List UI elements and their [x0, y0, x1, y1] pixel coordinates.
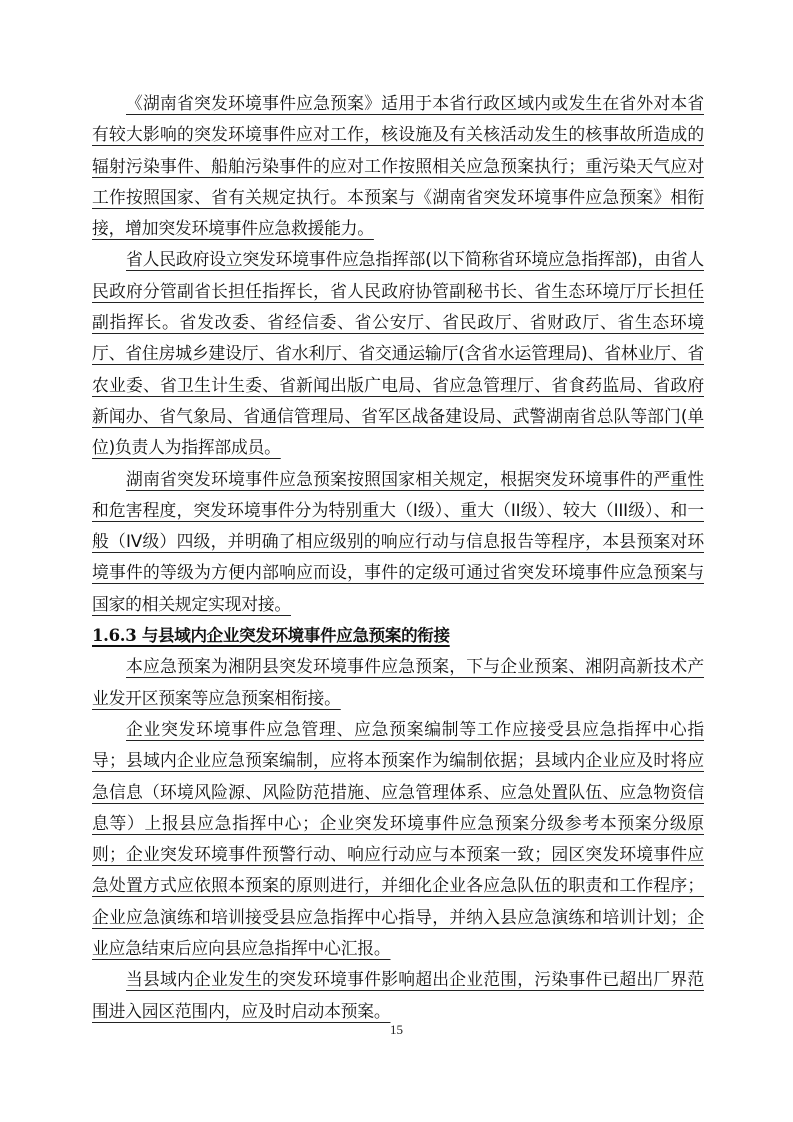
paragraph-text: 本应急预案为湘阴县突发环境事件应急预案，下与企业预案、湘阴高新技术产业发开区预案…	[92, 656, 704, 707]
paragraph-text: 省人民政府设立突发环境事件应急指挥部(以下简称省环境应急指挥部)，由省人民政府分…	[92, 249, 704, 457]
heading-text: 1.6.3 与县域内企业突发环境事件应急预案的衔接	[92, 626, 450, 645]
paragraph-event-levels: 湖南省突发环境事件应急预案按照国家相关规定，根据突发环境事件的严重性和危害程度，…	[92, 464, 704, 620]
paragraph-text: 湖南省突发环境事件应急预案按照国家相关规定，根据突发环境事件的严重性和危害程度，…	[92, 469, 704, 614]
paragraph-plan-linkage: 本应急预案为湘阴县突发环境事件应急预案，下与企业预案、湘阴高新技术产业发开区预案…	[92, 651, 704, 714]
document-page: 《湖南省突发环境事件应急预案》适用于本省行政区域内或发生在省外对本省有较大影响的…	[0, 0, 793, 1122]
paragraph-text: 企业突发环境事件应急管理、应急预案编制等工作应接受县应急指挥中心指导；县域内企业…	[92, 719, 704, 958]
paragraph-activation-condition: 当县域内企业发生的突发环境事件影响超出企业范围，污染事件已超出厂界范围进入园区范…	[92, 964, 704, 1027]
paragraph-command-structure: 省人民政府设立突发环境事件应急指挥部(以下简称省环境应急指挥部)，由省人民政府分…	[92, 244, 704, 463]
paragraph-enterprise-guidance: 企业突发环境事件应急管理、应急预案编制等工作应接受县应急指挥中心指导；县域内企业…	[92, 714, 704, 964]
paragraph-hunan-plan-scope: 《湖南省突发环境事件应急预案》适用于本省行政区域内或发生在省外对本省有较大影响的…	[92, 88, 704, 244]
page-body: 《湖南省突发环境事件应急预案》适用于本省行政区域内或发生在省外对本省有较大影响的…	[92, 88, 704, 1027]
paragraph-text: 《湖南省突发环境事件应急预案》适用于本省行政区域内或发生在省外对本省有较大影响的…	[92, 93, 704, 238]
section-heading-1-6-3: 1.6.3 与县域内企业突发环境事件应急预案的衔接	[92, 620, 704, 651]
paragraph-text: 当县域内企业发生的突发环境事件影响超出企业范围，污染事件已超出厂界范围进入园区范…	[92, 969, 704, 1020]
page-number: 15	[0, 1022, 793, 1038]
